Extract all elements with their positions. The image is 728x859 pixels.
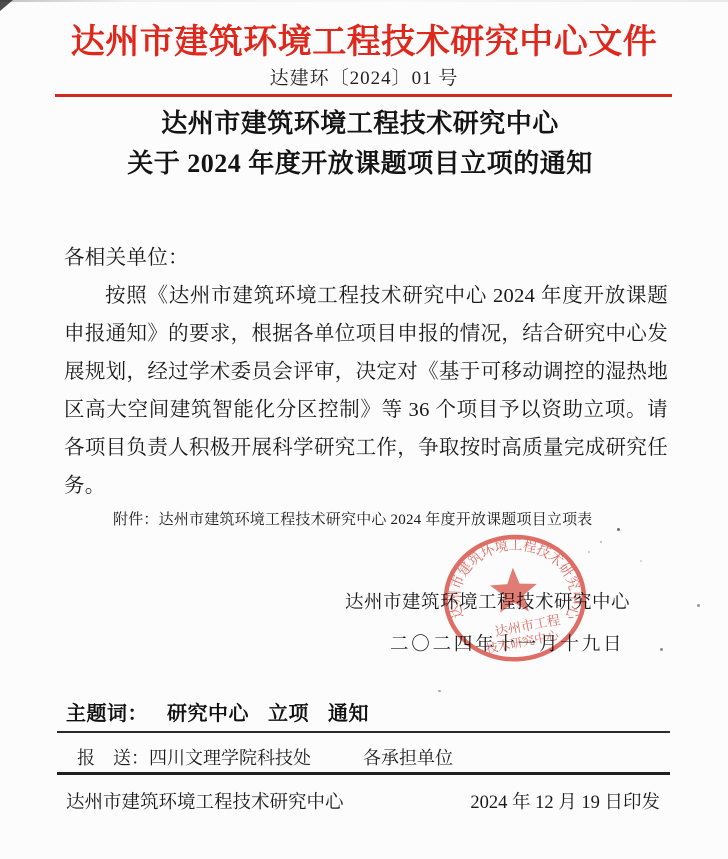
footer-divider-1	[57, 731, 670, 733]
footer-divider-2	[57, 772, 670, 775]
official-seal-stamp-icon: 达州市建筑环境工程技术研究中心 达州市工程 技术研究中心	[436, 527, 599, 675]
official-document-page: 达州市建筑环境工程技术研究中心文件 达建环〔2024〕01 号 达州市建筑环境工…	[0, 0, 728, 859]
subject-term: 通知	[328, 703, 369, 725]
report-to-primary: 四川文理学院科技处	[149, 748, 311, 768]
document-number: 达建环〔2024〕01 号	[0, 63, 728, 90]
document-body: 各相关单位： 按照《达州市建筑环境工程技术研究中心 2024 年度开放课题申报通…	[64, 239, 668, 505]
report-label: 报 送：	[77, 748, 149, 768]
scan-speck	[617, 528, 620, 531]
subject-term: 研究中心	[167, 703, 249, 725]
document-title-line2: 关于 2024 年度开放课题项目立项的通知	[30, 144, 690, 184]
seal-star-icon	[489, 567, 537, 613]
report-to-line: 报 送：四川文理学院科技处各承担单位	[77, 744, 453, 770]
print-date: 2024 年 12 月 19 日印发	[470, 788, 660, 814]
scan-speck	[697, 604, 700, 607]
document-title: 达州市建筑环境工程技术研究中心 关于 2024 年度开放课题项目立项的通知	[30, 104, 690, 184]
attachment-note: 附件：达州市建筑环境工程技术研究中心 2024 年度开放课题项目立项表	[113, 508, 593, 529]
scan-speck	[660, 648, 663, 651]
scan-speck	[438, 690, 441, 692]
subject-label: 主题词：	[66, 703, 148, 725]
issuer-name: 达州市建筑环境工程技术研究中心	[66, 788, 344, 814]
document-title-line1: 达州市建筑环境工程技术研究中心	[30, 104, 690, 144]
body-paragraph: 按照《达州市建筑环境工程技术研究中心 2024 年度开放课题申报通知》的要求，根…	[64, 277, 668, 505]
print-info-line: 达州市建筑环境工程技术研究中心 2024 年 12 月 19 日印发	[66, 788, 660, 814]
report-to-secondary: 各承担单位	[363, 748, 453, 768]
red-divider-rule	[55, 94, 672, 97]
scan-top-edge	[0, 0, 728, 2]
subject-keywords-line: 主题词：研究中心立项通知	[66, 697, 369, 726]
scan-speck	[640, 560, 642, 562]
subject-term: 立项	[268, 703, 309, 725]
letterhead-title: 达州市建筑环境工程技术研究中心文件	[0, 14, 728, 63]
scan-speck	[600, 541, 602, 543]
salutation: 各相关单位：	[64, 239, 668, 277]
